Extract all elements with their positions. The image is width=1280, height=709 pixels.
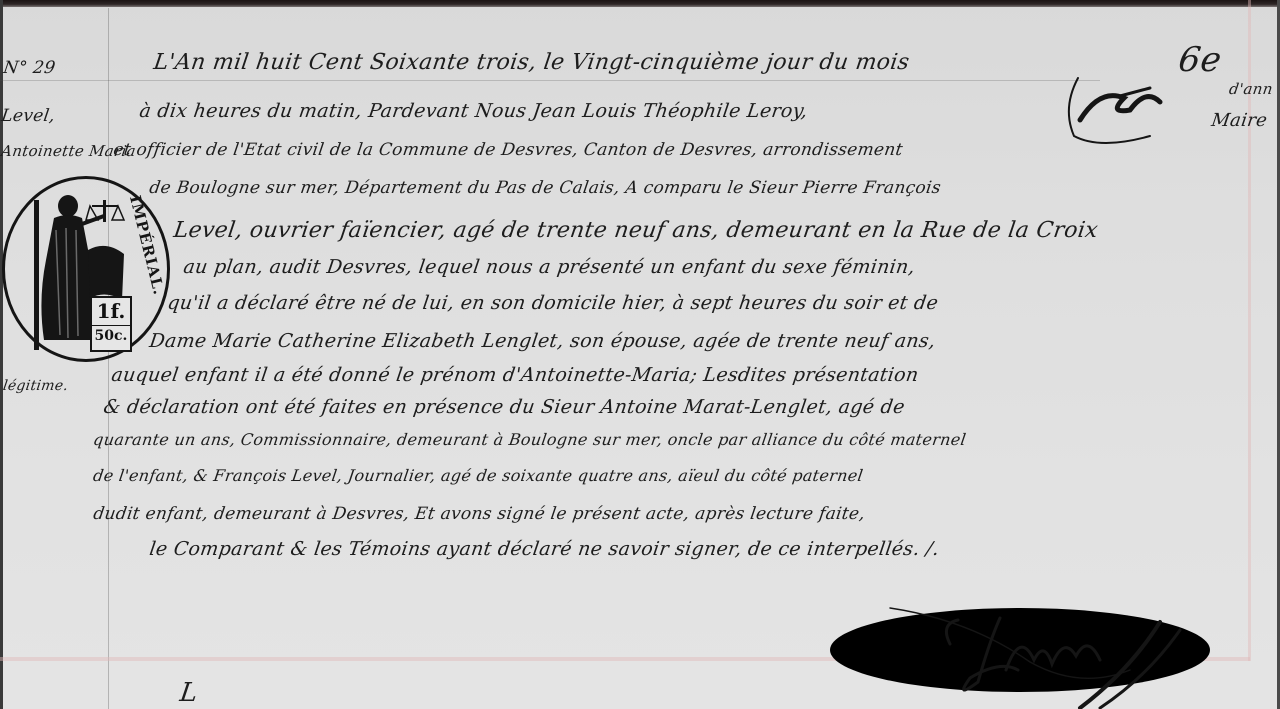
- record-line-10: & déclaration ont été faites en présence…: [102, 396, 906, 418]
- officer-signature: [830, 600, 1230, 709]
- stamp-value-box: 1f. 50c.: [90, 296, 132, 352]
- margin-surname: Level,: [0, 106, 56, 126]
- record-line-5: Level, ouvrier faïencier, agé de trente …: [172, 218, 1100, 243]
- record-line-6: au plan, audit Desvres, lequel nous a pr…: [182, 256, 917, 278]
- record-line-8: Dame Marie Catherine Elizabeth Lenglet, …: [148, 330, 937, 352]
- margin-word-dann: d'ann: [1228, 80, 1274, 98]
- record-line-3: et officier de l'Etat civil de la Commun…: [112, 140, 904, 160]
- record-line-2: à dix heures du matin, Pardevant Nous Je…: [138, 100, 809, 122]
- record-line-4: de Boulogne sur mer, Département du Pas …: [148, 178, 942, 198]
- record-line-11: quarante un ans, Commissionnaire, demeur…: [92, 430, 967, 449]
- next-entry-fragment: L: [178, 678, 200, 708]
- entry-number: N° 29: [2, 58, 57, 78]
- ruling-line-vertical: [1248, 0, 1251, 661]
- stamp-value-centimes: 50c.: [92, 325, 130, 343]
- record-line-9: auquel enfant il a été donné le prénom d…: [110, 364, 920, 386]
- margin-number-6e: 6e: [1176, 40, 1224, 80]
- record-line-13: dudit enfant, demeurant à Desvres, Et av…: [92, 504, 866, 524]
- margin-note: légitime.: [2, 378, 69, 394]
- paraph-flourish-icon: [1060, 58, 1180, 148]
- margin-word-maire: Maire: [1210, 110, 1269, 131]
- imperial-fiscal-stamp: 1f. 50c. IMPÉRIAL.: [2, 176, 168, 360]
- record-line-1: L'An mil huit Cent Soixante trois, le Vi…: [152, 50, 911, 75]
- scan-top-edge: [0, 0, 1280, 7]
- stamp-value-francs: 1f.: [92, 301, 130, 321]
- record-line-12: de l'enfant, & François Level, Journalie…: [92, 466, 864, 485]
- header-rule: [0, 80, 1100, 81]
- registry-page: N° 29 Level, Antoinette Maria légitime. …: [0, 0, 1280, 709]
- record-line-14: le Comparant & les Témoins ayant déclaré…: [148, 538, 941, 560]
- record-line-7: qu'il a déclaré être né de lui, en son d…: [166, 292, 940, 314]
